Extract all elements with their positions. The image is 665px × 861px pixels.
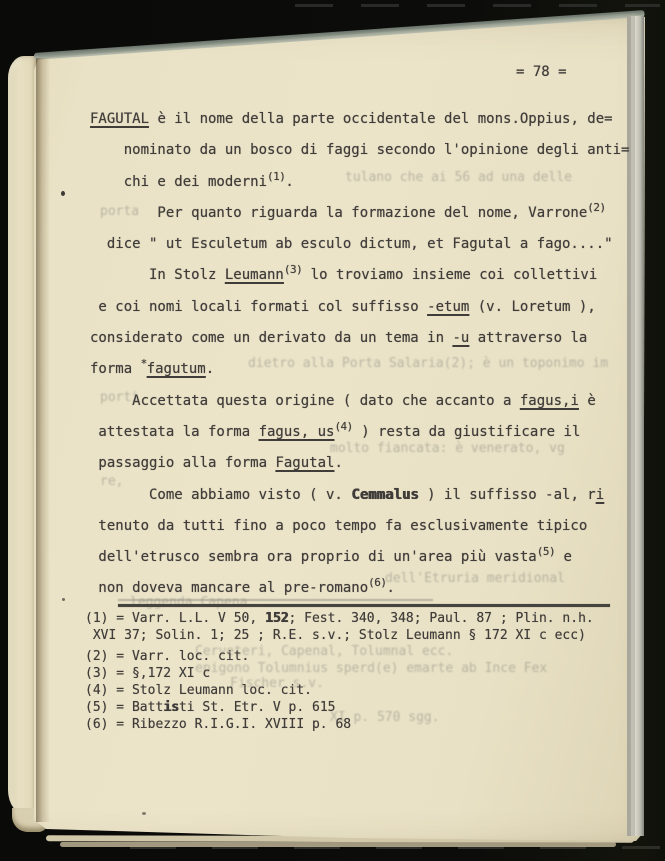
- text-segment: è il nome della parte occidentale del mo…: [149, 111, 613, 127]
- body-text-line: chi e dei moderni(1).: [90, 167, 629, 198]
- text-segment: dice " ut Esculetum ab esculo dictum, et…: [90, 236, 613, 252]
- text-segment: Come abbiamo visto ( v.: [90, 487, 351, 503]
- text-segment: dell'etrusco sembra ora proprio di un'ar…: [90, 549, 537, 565]
- body-text-line: considerato come un derivato da un tema …: [90, 323, 629, 354]
- page-number: = 78 =: [516, 64, 567, 80]
- text-segment: .: [334, 455, 342, 471]
- body-text: FAGUTAL è il nome della parte occidental…: [90, 104, 629, 605]
- body-text-line: passaggio alla forma Fagutal.: [90, 448, 629, 479]
- text-segment: .: [206, 361, 214, 377]
- text-segment: nominato da un bosco di faggi secondo l'…: [90, 142, 629, 158]
- footnote-ref: (3): [284, 263, 302, 276]
- text-segment: fagus, us: [259, 424, 335, 440]
- text-segment: Cemmalus: [351, 487, 418, 503]
- text-segment: e: [555, 549, 572, 565]
- text-segment: fagus,i: [520, 393, 579, 409]
- text-segment: ) il suffisso -al, r: [419, 487, 596, 503]
- footnote-line: (2) = Varr. loc. cit.: [85, 648, 594, 665]
- footnote-separator: [118, 604, 610, 607]
- text-segment: e coi nomi locali formati col suffisso: [90, 299, 427, 315]
- body-text-line: FAGUTAL è il nome della parte occidental…: [90, 104, 629, 135]
- text-segment: ) resta da giustificare il: [353, 424, 581, 440]
- footnote-separator-ghost: [118, 599, 433, 601]
- footnote-line: (3) = §,172 XI c: [85, 665, 594, 682]
- text-segment: (1) = Varr. L.L. V 50,: [85, 611, 265, 626]
- text-segment: chi e dei moderni: [90, 174, 267, 190]
- text-segment: non doveva mancare al pre-romano: [90, 580, 368, 596]
- text-segment: -etum: [427, 299, 469, 315]
- text-segment: forma: [90, 361, 141, 377]
- text-segment: (6) = Ribezzo R.I.G.I. XVIII p. 68: [85, 717, 351, 732]
- body-text-line: attestata la forma fagus, us(4) ) resta …: [90, 417, 629, 448]
- footnote-line: XVI 37; Solin. 1; 25 ; R.E. s.v.; Stolz …: [85, 627, 594, 644]
- body-text-line: Come abbiamo visto ( v. Cemmalus ) il su…: [90, 480, 629, 511]
- footnote-ref: (6): [368, 576, 386, 589]
- body-text-line: dice " ut Esculetum ab esculo dictum, et…: [90, 229, 629, 260]
- text-segment: FAGUTAL: [90, 111, 149, 127]
- text-segment: Per quanto riguarda la formazione del no…: [90, 205, 587, 221]
- ink-speck: [61, 191, 65, 196]
- text-segment: is: [163, 700, 179, 715]
- text-segment: i: [596, 487, 604, 503]
- body-text-line: Per quanto riguarda la formazione del no…: [90, 198, 629, 229]
- text-segment: passaggio alla forma: [90, 455, 275, 471]
- text-segment: ; Fest. 340, 348; Paul. 87 ; Plin. n.h.: [289, 611, 594, 626]
- text-segment: (5) = Batt: [85, 700, 163, 715]
- text-segment: -u: [452, 330, 469, 346]
- body-text-line: nominato da un bosco di faggi secondo l'…: [90, 135, 629, 166]
- body-text-line: In Stolz Leumann(3) lo troviamo insieme …: [90, 260, 629, 291]
- footnote-ref: (1): [267, 170, 285, 183]
- footnote-line: (1) = Varr. L.L. V 50, 152; Fest. 340, 3…: [85, 610, 594, 627]
- footnote-ref: (2): [587, 201, 605, 214]
- text-segment: (2) = Varr. loc. cit.: [85, 649, 249, 664]
- scanned-book-photo: tulano che ai 56 ad una delleportadietro…: [0, 0, 665, 861]
- body-text-line: forma *fagutum.: [90, 354, 629, 385]
- text-segment: (4) = Stolz Leumann loc. cit.: [85, 683, 312, 698]
- text-segment: attestata la forma: [90, 424, 259, 440]
- typed-content: tulano che ai 56 ad una delleportadietro…: [0, 0, 665, 861]
- text-segment: XVI 37; Solin. 1; 25 ; R.E. s.v.; Stolz …: [85, 628, 586, 643]
- ink-speck: [62, 598, 65, 601]
- text-segment: Fagutal: [275, 455, 334, 471]
- footnote-line: (4) = Stolz Leumann loc. cit.: [85, 682, 594, 699]
- footnotes: (1) = Varr. L.L. V 50, 152; Fest. 340, 3…: [85, 610, 594, 733]
- footnote-ref: *: [141, 357, 147, 370]
- body-text-line: Accettata questa origine ( dato che acca…: [90, 386, 629, 417]
- text-segment: tenuto da tutti fino a poco tempo fa esc…: [90, 518, 587, 534]
- text-segment: .: [387, 580, 395, 596]
- text-segment: 152: [265, 611, 288, 626]
- ink-speck: [142, 812, 146, 815]
- footnote-ref: (4): [334, 420, 352, 433]
- text-segment: Accettata questa origine ( dato che acca…: [90, 393, 520, 409]
- text-segment: fagutum: [147, 361, 206, 377]
- footnote-ref: (5): [537, 545, 555, 558]
- text-segment: è: [579, 393, 596, 409]
- text-segment: considerato come un derivato da un tema …: [90, 330, 452, 346]
- text-segment: Leumann: [225, 267, 284, 283]
- text-segment: (v. Loretum ),: [469, 299, 595, 315]
- body-text-line: e coi nomi locali formati col suffisso -…: [90, 292, 629, 323]
- footnote-line: (5) = Battisti St. Etr. V p. 615: [85, 699, 594, 716]
- body-text-line: dell'etrusco sembra ora proprio di un'ar…: [90, 542, 629, 573]
- body-text-line: tenuto da tutti fino a poco tempo fa esc…: [90, 511, 629, 542]
- footnote-line: (6) = Ribezzo R.I.G.I. XVIII p. 68: [85, 716, 594, 733]
- text-segment: (3) = §,172 XI c: [85, 666, 210, 681]
- text-segment: attraverso la: [469, 330, 587, 346]
- text-segment: ti St. Etr. V p. 615: [179, 700, 336, 715]
- text-segment: In Stolz: [90, 267, 225, 283]
- text-segment: .: [285, 174, 293, 190]
- text-segment: lo troviamo insieme coi collettivi: [302, 267, 597, 283]
